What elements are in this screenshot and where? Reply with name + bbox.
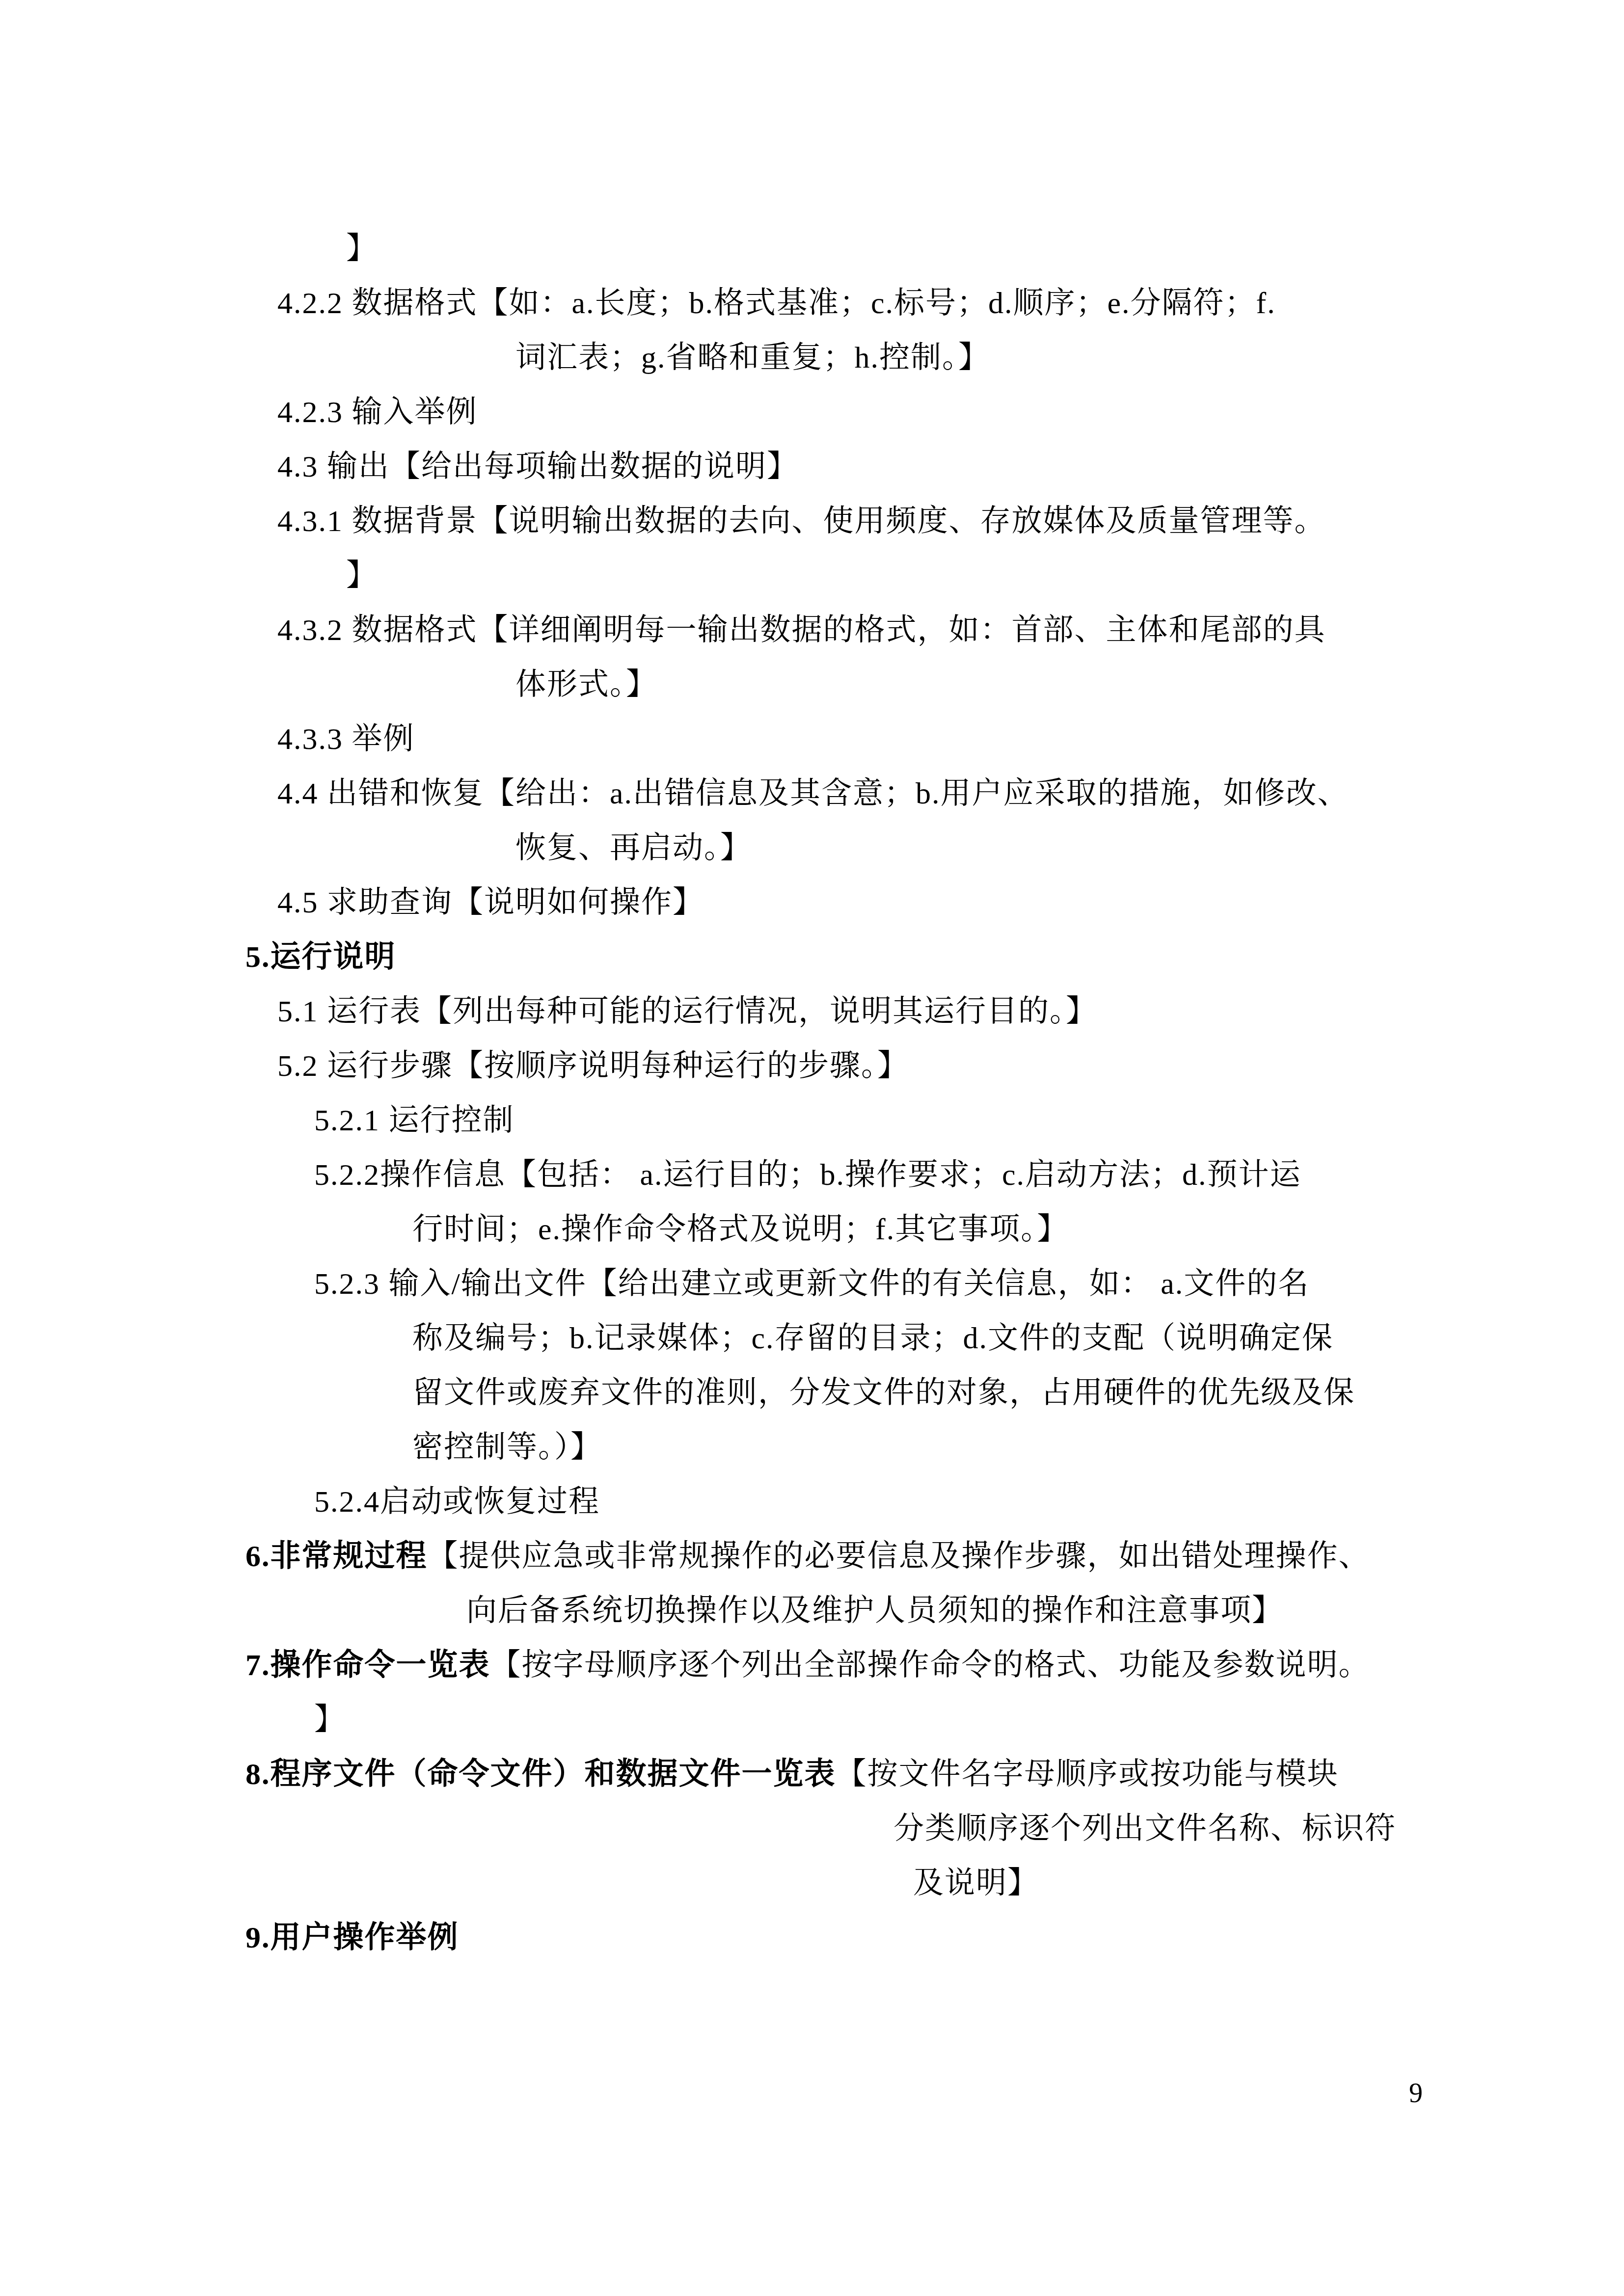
document-line: 】: [346, 222, 1624, 276]
body-text: 5.2.1 运行控制: [314, 1104, 514, 1137]
document-line: 5.2.1 运行控制: [314, 1094, 1624, 1148]
body-text: 4.5 求助查询【说明如何操作】: [277, 886, 704, 919]
document-line: 向后备系统切换操作以及维护人员须知的操作和注意事项】: [466, 1584, 1624, 1638]
body-text: 4.2.2 数据格式【如：a.长度；b.格式基准；c.标号；d.顺序；e.分隔符…: [277, 287, 1276, 320]
document-line: 7.操作命令一览表【按字母顺序逐个列出全部操作命令的格式、功能及参数说明。: [245, 1638, 1624, 1693]
document-line: 5.2.4启动或恢复过程: [314, 1475, 1624, 1529]
document-line: 】: [314, 1693, 1624, 1747]
document-line: 5.1 运行表【列出每种可能的运行情况，说明其运行目的。】: [277, 985, 1624, 1039]
body-text: 【按文件名字母顺序或按功能与模块: [836, 1758, 1339, 1791]
document-line: 分类顺序逐个列出文件名称、标识符: [893, 1802, 1624, 1856]
document-line: 4.3 输出【给出每项输出数据的说明】: [277, 440, 1624, 494]
document-line: 4.3.3 举例: [277, 712, 1624, 767]
document-line: 9.用户操作举例: [245, 1911, 1624, 1965]
body-text: 恢复、再启动。】: [515, 831, 752, 865]
document-line: 4.5 求助查询【说明如何操作】: [277, 876, 1624, 930]
document-line: 4.4 出错和恢复【给出：a.出错信息及其含意；b.用户应采取的措施，如修改、: [277, 767, 1624, 821]
body-text: 】: [346, 232, 378, 266]
heading-text: 7.操作命令一览表: [245, 1649, 490, 1682]
document-line: 6.非常规过程【提供应急或非常规操作的必要信息及操作步骤，如出错处理操作、: [245, 1529, 1624, 1584]
body-text: 【按字母顺序逐个列出全部操作命令的格式、功能及参数说明。: [490, 1649, 1370, 1682]
heading-text: 9.用户操作举例: [245, 1921, 459, 1954]
body-text: 词汇表；g.省略和重复；h.控制。】: [515, 341, 990, 374]
body-text: 4.3 输出【给出每项输出数据的说明】: [277, 450, 798, 483]
document-line: 留文件或废弃文件的准则，分发文件的对象，占用硬件的优先级及保: [412, 1366, 1624, 1420]
document-line: 5.2.2操作信息【包括： a.运行目的；b.操作要求；c.启动方法；d.预计运: [314, 1148, 1624, 1202]
body-text: 5.2.4启动或恢复过程: [314, 1485, 600, 1519]
body-text: 称及编号；b.记录媒体；c.存留的目录；d.文件的支配（说明确定保: [412, 1322, 1333, 1355]
document-line: 称及编号；b.记录媒体；c.存留的目录；d.文件的支配（说明确定保: [412, 1311, 1624, 1366]
body-text: 5.2 运行步骤【按顺序说明每种运行的步骤。】: [277, 1049, 909, 1083]
document-line: 4.3.1 数据背景【说明输出数据的去向、使用频度、存放媒体及质量管理等。: [277, 494, 1624, 549]
body-text: 5.2.2操作信息【包括： a.运行目的；b.操作要求；c.启动方法；d.预计运: [314, 1158, 1301, 1192]
document-line: 恢复、再启动。】: [515, 821, 1624, 876]
document-line: 5.2 运行步骤【按顺序说明每种运行的步骤。】: [277, 1039, 1624, 1094]
document-line: 及说明】: [913, 1856, 1624, 1911]
page-number: 9: [1409, 2074, 1423, 2113]
heading-text: 5.运行说明: [245, 940, 396, 974]
body-text: 4.3.2 数据格式【详细阐明每一输出数据的格式，如：首部、主体和尾部的具: [277, 614, 1326, 647]
body-text: 分类顺序逐个列出文件名称、标识符: [893, 1812, 1396, 1845]
document-line: 5.2.3 输入/输出文件【给出建立或更新文件的有关信息，如： a.文件的名: [314, 1257, 1624, 1311]
heading-text: 8.程序文件（命令文件）和数据文件一览表: [245, 1758, 836, 1791]
body-text: 4.3.3 举例: [277, 722, 415, 756]
body-text: 5.1 运行表【列出每种可能的运行情况，说明其运行目的。】: [277, 995, 1097, 1028]
document-line: 4.2.2 数据格式【如：a.长度；b.格式基准；c.标号；d.顺序；e.分隔符…: [277, 276, 1624, 331]
body-text: 密控制等。）】: [412, 1431, 602, 1464]
body-text: 及说明】: [913, 1867, 1039, 1900]
heading-text: 6.非常规过程: [245, 1540, 428, 1573]
body-text: 4.2.3 输入举例: [277, 396, 478, 429]
body-text: 5.2.3 输入/输出文件【给出建立或更新文件的有关信息，如： a.文件的名: [314, 1267, 1309, 1301]
document-line: 4.2.3 输入举例: [277, 385, 1624, 440]
document-body: 】4.2.2 数据格式【如：a.长度；b.格式基准；c.标号；d.顺序；e.分隔…: [0, 222, 1624, 1965]
document-line: 4.3.2 数据格式【详细阐明每一输出数据的格式，如：首部、主体和尾部的具: [277, 603, 1624, 658]
body-text: 】: [314, 1703, 346, 1736]
body-text: 留文件或废弃文件的准则，分发文件的对象，占用硬件的优先级及保: [412, 1376, 1355, 1410]
document-line: 体形式。】: [515, 658, 1624, 712]
document-line: 词汇表；g.省略和重复；h.控制。】: [515, 331, 1624, 385]
document-line: 】: [346, 549, 1624, 603]
document-line: 密控制等。）】: [412, 1420, 1624, 1475]
body-text: 行时间；e.操作命令格式及说明；f.其它事项。】: [412, 1213, 1068, 1246]
body-text: 【提供应急或非常规操作的必要信息及操作步骤，如出错处理操作、: [428, 1540, 1370, 1573]
body-text: 向后备系统切换操作以及维护人员须知的操作和注意事项】: [466, 1594, 1283, 1628]
body-text: 体形式。】: [515, 668, 657, 701]
document-line: 行时间；e.操作命令格式及说明；f.其它事项。】: [412, 1202, 1624, 1257]
document-line: 8.程序文件（命令文件）和数据文件一览表【按文件名字母顺序或按功能与模块: [245, 1747, 1624, 1802]
body-text: 4.4 出错和恢复【给出：a.出错信息及其含意；b.用户应采取的措施，如修改、: [277, 777, 1349, 810]
body-text: 4.3.1 数据背景【说明输出数据的去向、使用频度、存放媒体及质量管理等。: [277, 505, 1326, 538]
document-line: 5.运行说明: [245, 930, 1624, 985]
body-text: 】: [346, 559, 378, 592]
document-page: 】4.2.2 数据格式【如：a.长度；b.格式基准；c.标号；d.顺序；e.分隔…: [0, 0, 1624, 2296]
